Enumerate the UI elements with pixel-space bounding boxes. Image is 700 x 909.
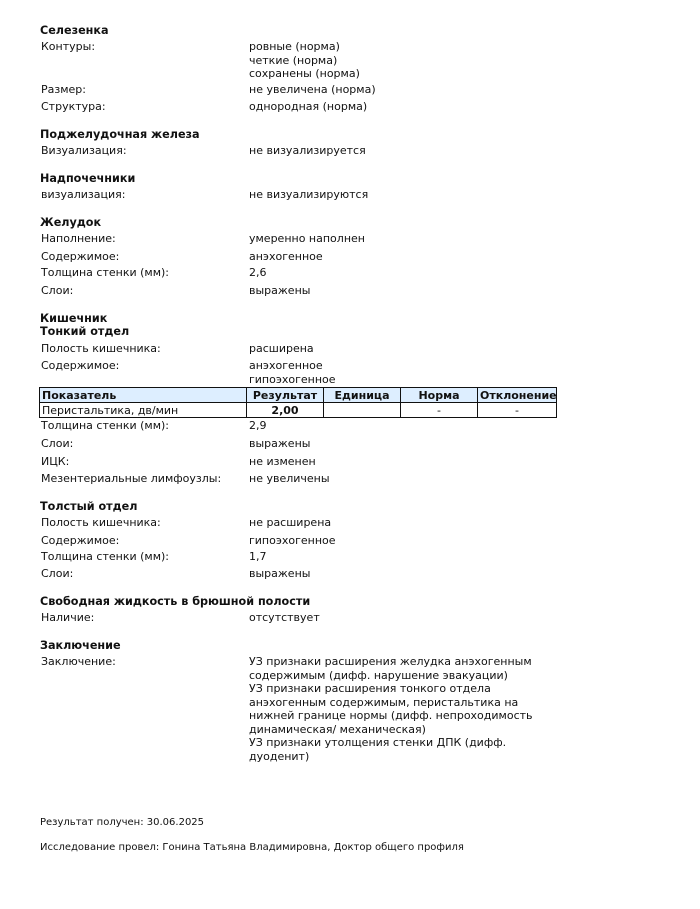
section-title-conclusion: Заключение (40, 639, 121, 652)
cell-indicator: Перистальтика, дв/мин (40, 403, 247, 418)
field-value: 2,6 (249, 266, 267, 280)
subsection-title-small-intestine: Тонкий отдел (40, 325, 129, 338)
field-value: выражены (249, 437, 310, 451)
field-value: ровные (норма) четкие (норма) сохранены … (249, 40, 360, 81)
subsection-title-large-intestine: Толстый отдел (40, 500, 137, 513)
field-label: Мезентериальные лимфоузлы: (41, 472, 246, 485)
cell-result: 2,00 (247, 403, 324, 418)
field-label: Содержимое: (41, 359, 246, 372)
field-label: ИЦК: (41, 455, 246, 468)
cell-unit (324, 403, 401, 418)
field-value: анэхогенное гипоэхогенное (249, 359, 336, 386)
field-label: Содержимое: (41, 250, 246, 263)
section-title-pancreas: Поджелудочная железа (40, 128, 200, 141)
field-value: 2,9 (249, 419, 267, 433)
field-label: Слои: (41, 567, 246, 580)
section-title-stomach: Желудок (40, 216, 101, 229)
field-label: Толщина стенки (мм): (41, 550, 246, 563)
table-row: Перистальтика, дв/мин 2,00 - - (40, 403, 557, 418)
field-value: не изменен (249, 455, 316, 469)
conclusion-text: УЗ признаки расширения желудка анэхогенн… (249, 655, 533, 763)
field-value: не увеличены (249, 472, 330, 486)
field-label: Слои: (41, 284, 246, 297)
field-label: Толщина стенки (мм): (41, 419, 246, 432)
field-value: не визуализируется (249, 144, 366, 158)
field-value: однородная (норма) (249, 100, 367, 114)
field-value: умеренно наполнен (249, 232, 365, 246)
field-label: Визуализация: (41, 144, 246, 157)
field-value: анэхогенное (249, 250, 323, 264)
section-title-adrenals: Надпочечники (40, 172, 135, 185)
field-value: выражены (249, 567, 310, 581)
report-page: Селезенка Контуры: ровные (норма) четкие… (0, 0, 700, 909)
field-value: гипоэхогенное (249, 534, 336, 548)
cell-norm: - (401, 403, 478, 418)
section-title-free-fluid: Свободная жидкость в брюшной полости (40, 595, 310, 608)
field-label: Заключение: (41, 655, 246, 668)
header-deviation: Отклонение (478, 388, 557, 403)
field-value: выражены (249, 284, 310, 298)
field-value: не визуализируются (249, 188, 368, 202)
field-value: расширена (249, 342, 314, 356)
indicator-table-header: Показатель Результат Единица Норма Откло… (40, 388, 557, 403)
field-value: 1,7 (249, 550, 267, 564)
section-title-intestine: Кишечник (40, 312, 107, 325)
field-value: не увеличена (норма) (249, 83, 376, 97)
field-label: визуализация: (41, 188, 246, 201)
field-label: Контуры: (41, 40, 246, 53)
indicator-table: Показатель Результат Единица Норма Откло… (39, 387, 557, 418)
field-label: Полость кишечника: (41, 342, 246, 355)
field-label: Слои: (41, 437, 246, 450)
field-label: Содержимое: (41, 534, 246, 547)
performed-by: Исследование провел: Гонина Татьяна Влад… (40, 842, 464, 853)
cell-deviation: - (478, 403, 557, 418)
field-value: не расширена (249, 516, 331, 530)
header-norm: Норма (401, 388, 478, 403)
field-label: Наполнение: (41, 232, 246, 245)
header-unit: Единица (324, 388, 401, 403)
result-date: Результат получен: 30.06.2025 (40, 817, 204, 828)
header-result: Результат (247, 388, 324, 403)
field-label: Полость кишечника: (41, 516, 246, 529)
header-indicator: Показатель (40, 388, 247, 403)
field-label: Наличие: (41, 611, 246, 624)
field-label: Структура: (41, 100, 246, 113)
field-value: отсутствует (249, 611, 320, 625)
field-label: Толщина стенки (мм): (41, 266, 246, 279)
field-label: Размер: (41, 83, 246, 96)
section-title-spleen: Селезенка (40, 24, 109, 37)
